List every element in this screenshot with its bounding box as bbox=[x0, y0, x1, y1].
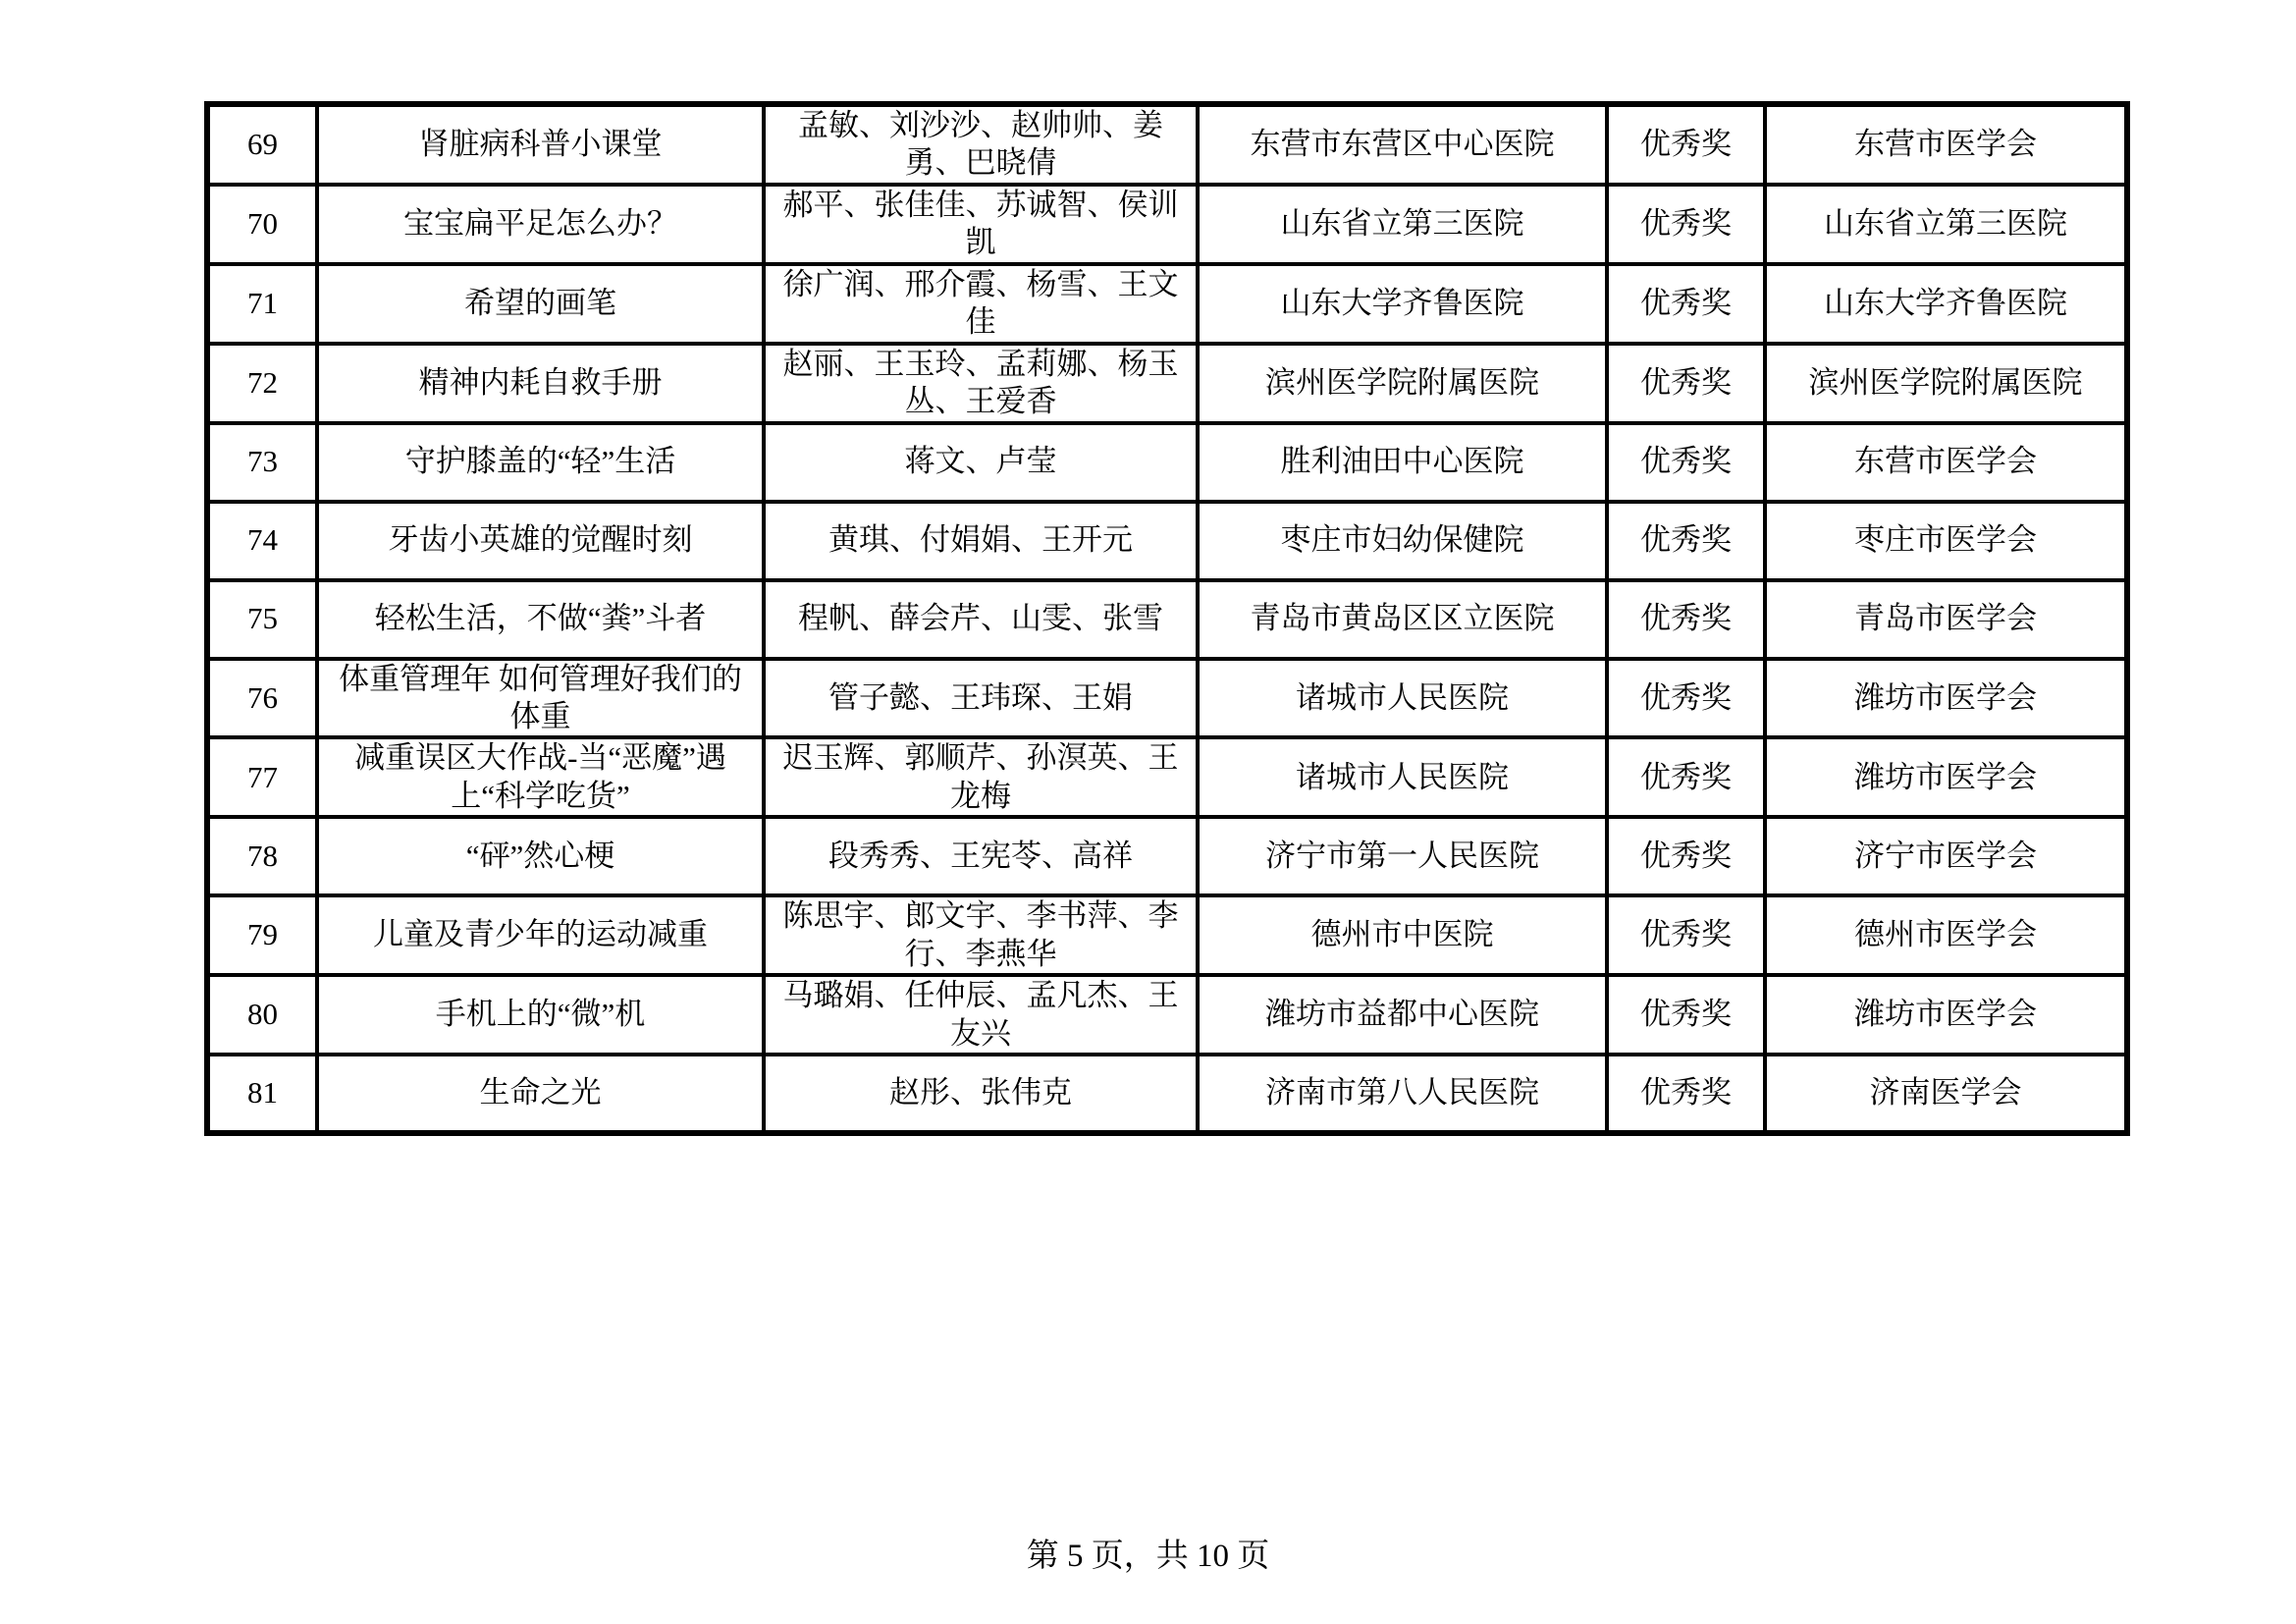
cell-authors: 孟敏、刘沙沙、赵帅帅、姜勇、巴晓倩 bbox=[764, 104, 1198, 185]
cell-hospital: 潍坊市益都中心医院 bbox=[1198, 975, 1607, 1055]
cell-title: 宝宝扁平足怎么办？ bbox=[317, 185, 764, 264]
cell-authors: 蒋文、卢莹 bbox=[764, 423, 1198, 502]
cell-award: 优秀奖 bbox=[1607, 104, 1765, 185]
cell-no: 79 bbox=[207, 895, 317, 975]
table-row: 70宝宝扁平足怎么办？郝平、张佳佳、苏诚智、侯训凯山东省立第三医院优秀奖山东省立… bbox=[207, 185, 2127, 264]
cell-award: 优秀奖 bbox=[1607, 185, 1765, 264]
cell-no: 75 bbox=[207, 580, 317, 659]
cell-no: 80 bbox=[207, 975, 317, 1055]
cell-award: 优秀奖 bbox=[1607, 344, 1765, 423]
cell-award: 优秀奖 bbox=[1607, 580, 1765, 659]
cell-hospital: 山东省立第三医院 bbox=[1198, 185, 1607, 264]
table-row: 75轻松生活，不做“粪”斗者程帆、薛会芹、山雯、张雪青岛市黄岛区区立医院优秀奖青… bbox=[207, 580, 2127, 659]
cell-no: 71 bbox=[207, 264, 317, 344]
table-row: 77减重误区大作战-当“恶魔”遇上“科学吃货”迟玉辉、郭顺芹、孙溟英、王龙梅诸城… bbox=[207, 737, 2127, 817]
cell-title: 希望的画笔 bbox=[317, 264, 764, 344]
cell-title: “砰”然心梗 bbox=[317, 817, 764, 895]
cell-organization: 潍坊市医学会 bbox=[1765, 975, 2127, 1055]
cell-title: 体重管理年 如何管理好我们的体重 bbox=[317, 659, 764, 738]
cell-hospital: 德州市中医院 bbox=[1198, 895, 1607, 975]
cell-organization: 东营市医学会 bbox=[1765, 104, 2127, 185]
cell-organization: 德州市医学会 bbox=[1765, 895, 2127, 975]
cell-hospital: 济宁市第一人民医院 bbox=[1198, 817, 1607, 895]
cell-title: 手机上的“微”机 bbox=[317, 975, 764, 1055]
cell-organization: 枣庄市医学会 bbox=[1765, 502, 2127, 580]
cell-authors: 陈思宇、郎文宇、李书萍、李行、李燕华 bbox=[764, 895, 1198, 975]
cell-no: 69 bbox=[207, 104, 317, 185]
table-row: 69肾脏病科普小课堂孟敏、刘沙沙、赵帅帅、姜勇、巴晓倩东营市东营区中心医院优秀奖… bbox=[207, 104, 2127, 185]
cell-organization: 济宁市医学会 bbox=[1765, 817, 2127, 895]
cell-no: 77 bbox=[207, 737, 317, 817]
cell-award: 优秀奖 bbox=[1607, 502, 1765, 580]
cell-organization: 济南医学会 bbox=[1765, 1055, 2127, 1133]
cell-title: 牙齿小英雄的觉醒时刻 bbox=[317, 502, 764, 580]
cell-award: 优秀奖 bbox=[1607, 423, 1765, 502]
cell-no: 78 bbox=[207, 817, 317, 895]
cell-no: 81 bbox=[207, 1055, 317, 1133]
table-row: 73守护膝盖的“轻”生活蒋文、卢莹胜利油田中心医院优秀奖东营市医学会 bbox=[207, 423, 2127, 502]
cell-title: 轻松生活，不做“粪”斗者 bbox=[317, 580, 764, 659]
cell-organization: 东营市医学会 bbox=[1765, 423, 2127, 502]
cell-authors: 赵丽、王玉玲、孟莉娜、杨玉丛、王爱香 bbox=[764, 344, 1198, 423]
cell-authors: 郝平、张佳佳、苏诚智、侯训凯 bbox=[764, 185, 1198, 264]
awards-table: 69肾脏病科普小课堂孟敏、刘沙沙、赵帅帅、姜勇、巴晓倩东营市东营区中心医院优秀奖… bbox=[204, 101, 2130, 1136]
cell-organization: 山东大学齐鲁医院 bbox=[1765, 264, 2127, 344]
cell-hospital: 东营市东营区中心医院 bbox=[1198, 104, 1607, 185]
cell-award: 优秀奖 bbox=[1607, 895, 1765, 975]
cell-no: 72 bbox=[207, 344, 317, 423]
cell-hospital: 胜利油田中心医院 bbox=[1198, 423, 1607, 502]
cell-no: 76 bbox=[207, 659, 317, 738]
cell-authors: 马璐娟、任仲辰、孟凡杰、王友兴 bbox=[764, 975, 1198, 1055]
document-page: 69肾脏病科普小课堂孟敏、刘沙沙、赵帅帅、姜勇、巴晓倩东营市东营区中心医院优秀奖… bbox=[0, 0, 2296, 1624]
cell-award: 优秀奖 bbox=[1607, 737, 1765, 817]
cell-no: 70 bbox=[207, 185, 317, 264]
cell-no: 73 bbox=[207, 423, 317, 502]
cell-hospital: 诸城市人民医院 bbox=[1198, 737, 1607, 817]
cell-organization: 潍坊市医学会 bbox=[1765, 659, 2127, 738]
cell-award: 优秀奖 bbox=[1607, 817, 1765, 895]
page-footer: 第 5 页，共 10 页 bbox=[0, 1530, 2296, 1576]
cell-authors: 程帆、薛会芹、山雯、张雪 bbox=[764, 580, 1198, 659]
cell-authors: 段秀秀、王宪苓、高祥 bbox=[764, 817, 1198, 895]
table-row: 79儿童及青少年的运动减重陈思宇、郎文宇、李书萍、李行、李燕华德州市中医院优秀奖… bbox=[207, 895, 2127, 975]
cell-title: 生命之光 bbox=[317, 1055, 764, 1133]
cell-hospital: 济南市第八人民医院 bbox=[1198, 1055, 1607, 1133]
table-row: 74牙齿小英雄的觉醒时刻黄琪、付娟娟、王开元枣庄市妇幼保健院优秀奖枣庄市医学会 bbox=[207, 502, 2127, 580]
cell-organization: 滨州医学院附属医院 bbox=[1765, 344, 2127, 423]
cell-organization: 山东省立第三医院 bbox=[1765, 185, 2127, 264]
cell-hospital: 滨州医学院附属医院 bbox=[1198, 344, 1607, 423]
cell-hospital: 枣庄市妇幼保健院 bbox=[1198, 502, 1607, 580]
cell-authors: 黄琪、付娟娟、王开元 bbox=[764, 502, 1198, 580]
cell-authors: 徐广润、邢介霞、杨雪、王文佳 bbox=[764, 264, 1198, 344]
cell-authors: 管子懿、王玮琛、王娟 bbox=[764, 659, 1198, 738]
cell-award: 优秀奖 bbox=[1607, 1055, 1765, 1133]
cell-title: 肾脏病科普小课堂 bbox=[317, 104, 764, 185]
table-row: 78“砰”然心梗段秀秀、王宪苓、高祥济宁市第一人民医院优秀奖济宁市医学会 bbox=[207, 817, 2127, 895]
table-row: 71希望的画笔徐广润、邢介霞、杨雪、王文佳山东大学齐鲁医院优秀奖山东大学齐鲁医院 bbox=[207, 264, 2127, 344]
cell-title: 减重误区大作战-当“恶魔”遇上“科学吃货” bbox=[317, 737, 764, 817]
table-row: 81生命之光赵彤、张伟克济南市第八人民医院优秀奖济南医学会 bbox=[207, 1055, 2127, 1133]
cell-title: 守护膝盖的“轻”生活 bbox=[317, 423, 764, 502]
cell-authors: 赵彤、张伟克 bbox=[764, 1055, 1198, 1133]
table-row: 76体重管理年 如何管理好我们的体重管子懿、王玮琛、王娟诸城市人民医院优秀奖潍坊… bbox=[207, 659, 2127, 738]
cell-award: 优秀奖 bbox=[1607, 264, 1765, 344]
cell-award: 优秀奖 bbox=[1607, 975, 1765, 1055]
cell-hospital: 青岛市黄岛区区立医院 bbox=[1198, 580, 1607, 659]
awards-table-body: 69肾脏病科普小课堂孟敏、刘沙沙、赵帅帅、姜勇、巴晓倩东营市东营区中心医院优秀奖… bbox=[207, 104, 2127, 1133]
cell-hospital: 诸城市人民医院 bbox=[1198, 659, 1607, 738]
cell-organization: 潍坊市医学会 bbox=[1765, 737, 2127, 817]
cell-hospital: 山东大学齐鲁医院 bbox=[1198, 264, 1607, 344]
cell-award: 优秀奖 bbox=[1607, 659, 1765, 738]
table-row: 80手机上的“微”机马璐娟、任仲辰、孟凡杰、王友兴潍坊市益都中心医院优秀奖潍坊市… bbox=[207, 975, 2127, 1055]
cell-title: 精神内耗自救手册 bbox=[317, 344, 764, 423]
cell-no: 74 bbox=[207, 502, 317, 580]
cell-title: 儿童及青少年的运动减重 bbox=[317, 895, 764, 975]
cell-organization: 青岛市医学会 bbox=[1765, 580, 2127, 659]
table-row: 72精神内耗自救手册赵丽、王玉玲、孟莉娜、杨玉丛、王爱香滨州医学院附属医院优秀奖… bbox=[207, 344, 2127, 423]
cell-authors: 迟玉辉、郭顺芹、孙溟英、王龙梅 bbox=[764, 737, 1198, 817]
